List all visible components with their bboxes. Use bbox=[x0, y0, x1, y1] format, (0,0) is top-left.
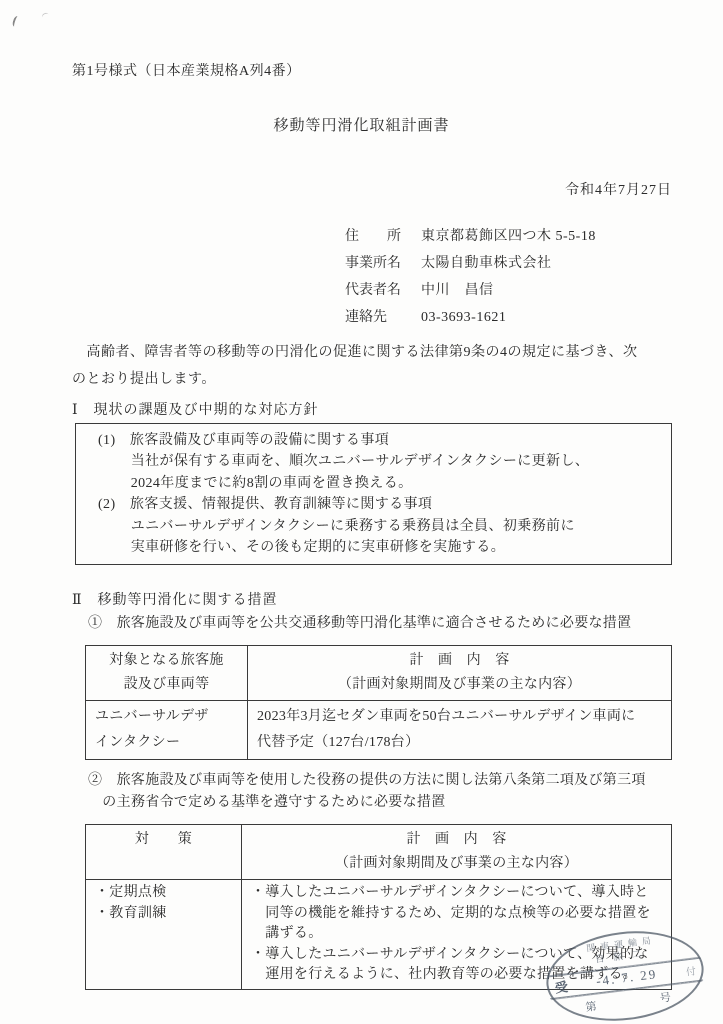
representative-value: 中川 昌信 bbox=[421, 277, 494, 304]
plan-table-1: 対象となる旅客施 設及び車両等 計 画 内 容 （計画対象期間及び事業の主な内容… bbox=[85, 645, 672, 760]
section1-content-box: (1) 旅客設備及び車両等の設備に関する事項 当社が保有する車両を、順次ユニバー… bbox=[75, 423, 672, 565]
table1-target-header: 対象となる旅客施 設及び車両等 bbox=[86, 646, 248, 701]
stamp-fu-char: 付 bbox=[685, 962, 697, 978]
table2-measure-header: 対 策 bbox=[86, 825, 242, 880]
document-date: 令和4年7月27日 bbox=[0, 179, 672, 199]
section2-heading: Ⅱ 移動等円滑化に関する措置 bbox=[72, 589, 723, 609]
table2-measure-cell: ・定期点検 ・教育訓練 bbox=[86, 880, 242, 990]
table1-header-row: 対象となる旅客施 設及び車両等 計 画 内 容 （計画対象期間及び事業の主な内容… bbox=[86, 646, 672, 701]
address-value: 東京都葛飾区四つ木 5-5-18 bbox=[421, 223, 596, 250]
applicant-representative-row: 代表者名 中川 昌信 bbox=[345, 277, 723, 304]
contact-label: 連絡先 bbox=[345, 304, 407, 331]
contact-value: 03-3693-1621 bbox=[421, 304, 506, 331]
document-title: 移動等円滑化取組計画書 bbox=[0, 114, 723, 135]
applicant-office-row: 事業所名 太陽自動車株式会社 bbox=[345, 250, 723, 277]
section1-heading: Ⅰ 現状の課題及び中期的な対応方針 bbox=[72, 399, 723, 419]
form-number: 第1号様式（日本産業規格A列4番） bbox=[72, 0, 723, 80]
stamp-date: -4. 7. 29 bbox=[595, 966, 658, 989]
section2-item2: ② 旅客施設及び車両等を使用した役務の提供の方法に関し法第八条第二項及び第三項 … bbox=[88, 770, 723, 814]
stamp-dai-char: 第 bbox=[585, 998, 598, 1015]
table1-target-cell: ユニバーサルデザ インタクシー bbox=[86, 701, 248, 760]
stamp-gou-char: 号 bbox=[659, 989, 672, 1006]
scan-artifact-mark bbox=[11, 15, 20, 27]
office-name-label: 事業所名 bbox=[345, 250, 407, 277]
applicant-block: 住 所 東京都葛飾区四つ木 5-5-18 事業所名 太陽自動車株式会社 代表者名… bbox=[345, 223, 723, 331]
applicant-contact-row: 連絡先 03-3693-1621 bbox=[345, 304, 723, 331]
table2-header-row: 対 策 計 画 内 容 （計画対象期間及び事業の主な内容） bbox=[86, 825, 672, 880]
office-name-value: 太陽自動車株式会社 bbox=[421, 250, 552, 277]
stamp-receive-char: 受 bbox=[554, 976, 569, 996]
section2-item1: ① 旅客施設及び車両等を公共交通移動等円滑化基準に適合させるために必要な措置 bbox=[88, 613, 723, 635]
applicant-address-row: 住 所 東京都葛飾区四つ木 5-5-18 bbox=[345, 223, 723, 250]
intro-paragraph: 高齢者、障害者等の移動等の円滑化の促進に関する法律第9条の4の規定に基づき、次 … bbox=[72, 339, 676, 393]
table2-plan-header: 計 画 内 容 （計画対象期間及び事業の主な内容） bbox=[242, 825, 672, 880]
scan-artifact-mark bbox=[41, 12, 50, 20]
table1-plan-header: 計 画 内 容 （計画対象期間及び事業の主な内容） bbox=[248, 646, 672, 701]
representative-label: 代表者名 bbox=[345, 277, 407, 304]
table1-plan-cell: 2023年3月迄セダン車両を50台ユニバーサルデザイン車両に 代替予定（127台… bbox=[248, 701, 672, 760]
document-page: 第1号様式（日本産業規格A列4番） 移動等円滑化取組計画書 令和4年7月27日 … bbox=[0, 0, 723, 1024]
table1-data-row: ユニバーサルデザ インタクシー 2023年3月迄セダン車両を50台ユニバーサルデ… bbox=[86, 701, 672, 760]
address-label: 住 所 bbox=[345, 223, 407, 250]
